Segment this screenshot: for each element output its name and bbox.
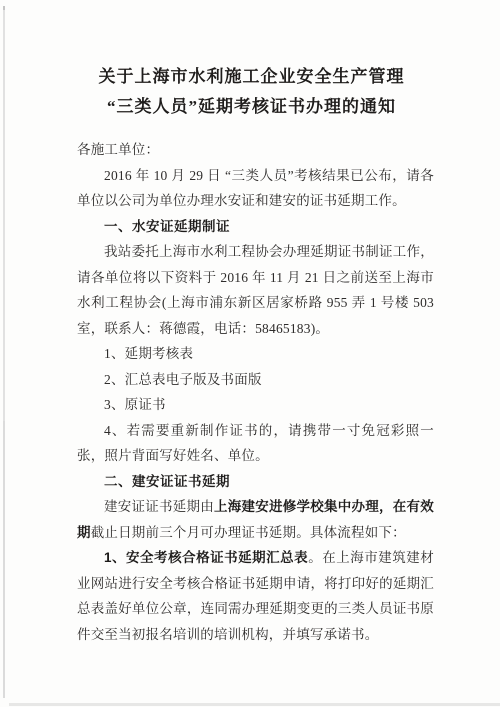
document-body: 各施工单位： 2016 年 10 月 29 日 “三类人员”考核结果已公布，请各… <box>77 137 434 647</box>
section-1-heading: 一、水安证延期制证 <box>77 214 434 240</box>
section-1-paragraph: 我站委托上海市水利工程协会办理延期证书制证工作，请各单位将以下资料于 2016 … <box>77 239 434 341</box>
list-item-4: 4、若需要重新制作证书的，请携带一寸免冠彩照一张，照片背面写好姓名、单位。 <box>77 418 434 469</box>
document-title-line-2: “三类人员”延期考核证书办理的通知 <box>73 92 430 122</box>
list-item-3: 3、原证书 <box>77 392 434 418</box>
document-content: 关于上海市水利施工企业安全生产管理 “三类人员”延期考核证书办理的通知 各施工单… <box>77 0 434 647</box>
scan-artifact-bottom-edge <box>9 703 500 706</box>
section-2-heading: 二、建安证证书延期 <box>77 469 434 495</box>
list-item-2: 2、汇总表电子版及书面版 <box>77 367 434 393</box>
document-title-line-1: 关于上海市水利施工企业安全生产管理 <box>73 62 430 92</box>
bold-emphasis: 1、安全考核合格证书延期汇总表 <box>104 550 308 565</box>
scanned-document-page: 关于上海市水利施工企业安全生产管理 “三类人员”延期考核证书办理的通知 各施工单… <box>0 0 500 707</box>
paragraph-text: 建安证证书延期由 <box>104 499 214 514</box>
paragraph-text: 截止日期前三个月可办理证书延期。具体流程如下： <box>91 525 406 540</box>
salutation: 各施工单位： <box>77 137 434 163</box>
section-2-paragraph-2: 1、安全考核合格证书延期汇总表。在上海市建筑建材业网站进行安全考核合格证书延期申… <box>77 545 434 647</box>
section-2-paragraph-1: 建安证证书延期由上海建安进修学校集中办理，在有效期截止日期前三个月可办理证书延期… <box>77 494 434 545</box>
document-title: 关于上海市水利施工企业安全生产管理 “三类人员”延期考核证书办理的通知 <box>73 62 430 122</box>
list-item-1: 1、延期考核表 <box>77 341 434 367</box>
intro-paragraph: 2016 年 10 月 29 日 “三类人员”考核结果已公布，请各单位以公司为单… <box>77 163 434 214</box>
scan-artifact-left-edge <box>3 6 5 698</box>
